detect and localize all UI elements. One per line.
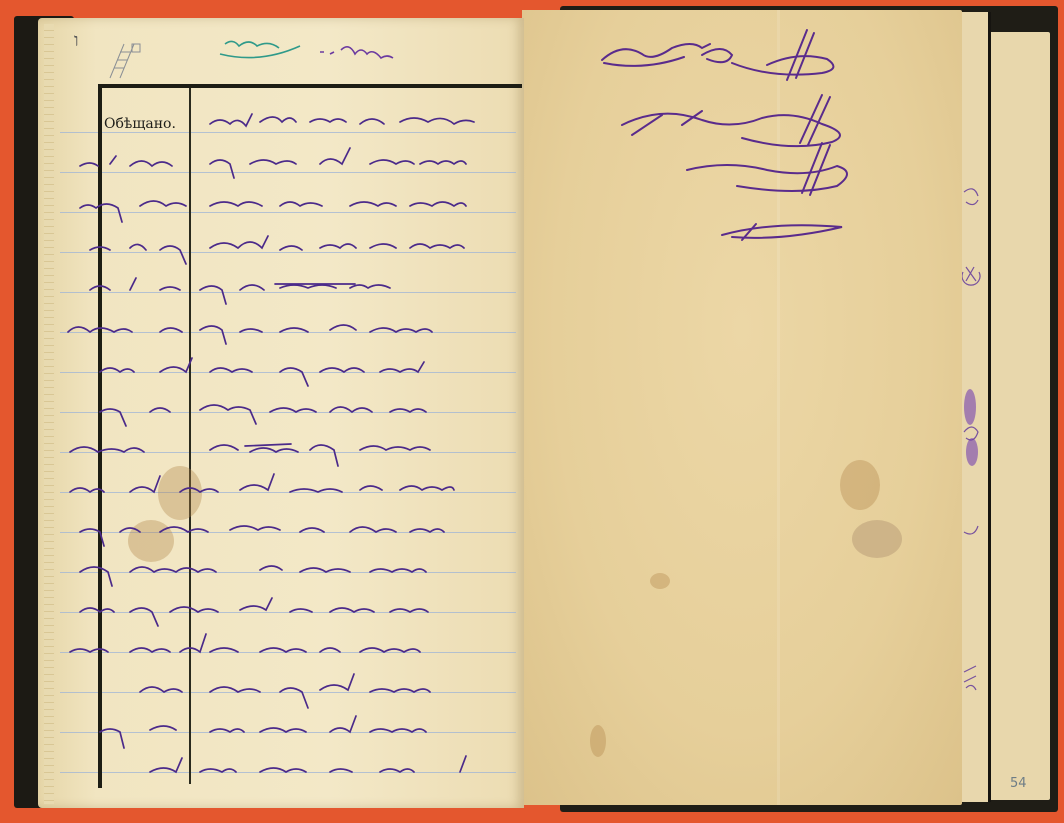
stain <box>650 573 670 589</box>
stain <box>840 460 880 510</box>
header-note-purple <box>315 40 405 65</box>
marginal-doodles-icon <box>960 12 984 802</box>
strip-page <box>958 12 991 802</box>
page-number: 54 <box>1010 776 1027 791</box>
corner-mark: ו <box>74 30 79 51</box>
right-page <box>522 10 962 805</box>
stain <box>590 725 606 757</box>
back-page <box>988 32 1050 800</box>
page-stack-edge <box>44 24 54 804</box>
header-note-teal <box>215 32 315 62</box>
handwritten-text <box>60 100 520 800</box>
ladder-doodle-icon <box>104 40 144 80</box>
signatures <box>592 25 892 245</box>
stain <box>852 520 902 558</box>
